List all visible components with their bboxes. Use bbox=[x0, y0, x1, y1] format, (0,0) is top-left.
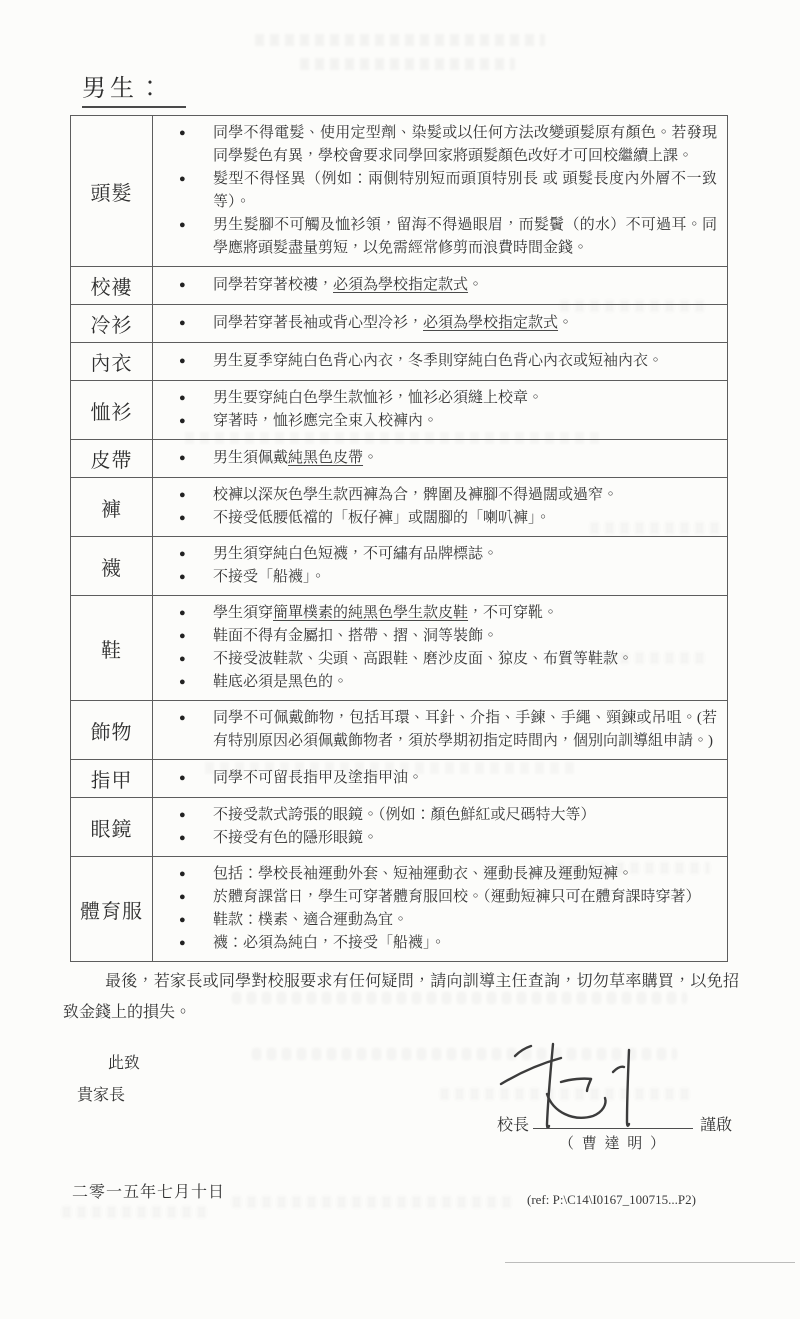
signature-role-label: 校長 bbox=[497, 1112, 529, 1135]
rule-text: 同學不可留長指甲及塗指甲油。 bbox=[213, 770, 423, 786]
category-label: 眼鏡 bbox=[71, 798, 153, 857]
table-row: 眼鏡●不接受款式誇張的眼鏡。（例如：顏色鮮紅或尺碼特大等）●不接受有色的隱形眼鏡… bbox=[71, 798, 728, 857]
bleed-through-artifact bbox=[255, 34, 545, 46]
rule-text: 學生須穿簡單樸素的純黑色學生款皮鞋，不可穿靴。 bbox=[213, 605, 558, 621]
rule-item: ●同學不可佩戴飾物，包括耳環、耳針、介指、手鍊、手繩、頸鍊或吊咀。(若有特別原因… bbox=[153, 707, 717, 753]
category-label: 褲 bbox=[71, 478, 153, 537]
bullet-icon: ● bbox=[179, 122, 186, 145]
table-row: 冷衫●同學若穿著長袖或背心型冷衫，必須為學校指定款式。 bbox=[71, 305, 728, 343]
bleed-through-artifact bbox=[232, 1196, 517, 1208]
rule-item: ●校褲以深灰色學生款西褲為合，髀圍及褲腳不得過闊或過窄。 bbox=[153, 484, 717, 507]
rule-item: ●於體育課當日，學生可穿著體育服回校。（運動短褲只可在體育課時穿著） bbox=[153, 886, 717, 909]
rule-item: ●男生夏季穿純白色背心內衣，冬季則穿純白色背心內衣或短袖內衣。 bbox=[153, 350, 717, 373]
rule-text: 於體育課當日，學生可穿著體育服回校。（運動短褲只可在體育課時穿著） bbox=[213, 889, 701, 905]
rule-cell: ●包括：學校長袖運動外套、短袖運動衣、運動長褲及運動短褲。●於體育課當日，學生可… bbox=[153, 857, 728, 962]
table-row: 襪●男生須穿純白色短襪，不可繡有品牌標誌。●不接受「船襪」。 bbox=[71, 537, 728, 596]
bullet-icon: ● bbox=[179, 863, 186, 886]
category-label: 鞋 bbox=[71, 596, 153, 701]
rule-text: 鞋款：樸素、適合運動為宜。 bbox=[213, 912, 408, 928]
bullet-icon: ● bbox=[179, 387, 186, 410]
rule-item: ●鞋底必須是黑色的。 bbox=[153, 671, 717, 694]
bullet-icon: ● bbox=[179, 602, 186, 625]
bullet-icon: ● bbox=[179, 350, 186, 373]
rule-cell: ●男生夏季穿純白色背心內衣，冬季則穿純白色背心內衣或短袖內衣。 bbox=[153, 343, 728, 381]
rule-cell: ●男生須穿純白色短襪，不可繡有品牌標誌。●不接受「船襪」。 bbox=[153, 537, 728, 596]
rule-cell: ●同學不得電髮、使用定型劑、染髮或以任何方法改變頭髮原有顏色。若發現同學髮色有異… bbox=[153, 116, 728, 267]
rule-item: ●同學若穿著長袖或背心型冷衫，必須為學校指定款式。 bbox=[153, 312, 717, 335]
rule-text: 校褲以深灰色學生款西褲為合，髀圍及褲腳不得過闊或過窄。 bbox=[213, 487, 618, 503]
bullet-icon: ● bbox=[179, 274, 186, 297]
bleed-through-artifact bbox=[300, 58, 515, 70]
scanned-document-page: 男生： 頭髮●同學不得電髮、使用定型劑、染髮或以任何方法改變頭髮原有顏色。若發現… bbox=[0, 0, 800, 1319]
rule-item: ●男生須穿純白色短襪，不可繡有品牌標誌。 bbox=[153, 543, 717, 566]
rule-item: ●鞋款：樸素、適合運動為宜。 bbox=[153, 909, 717, 932]
rule-cell: ●同學若穿著長袖或背心型冷衫，必須為學校指定款式。 bbox=[153, 305, 728, 343]
rule-item: ●同學不得電髮、使用定型劑、染髮或以任何方法改變頭髮原有顏色。若發現同學髮色有異… bbox=[153, 122, 717, 168]
table-row: 指甲●同學不可留長指甲及塗指甲油。 bbox=[71, 760, 728, 798]
rule-text: 不接受低腰低襠的「板仔褲」或闊腳的「喇叭褲」。 bbox=[213, 510, 551, 526]
rule-item: ●男生須佩戴純黑色皮帶。 bbox=[153, 447, 717, 470]
rule-text: 襪：必須為純白，不接受「船襪」。 bbox=[213, 935, 446, 951]
rule-item: ●不接受波鞋款、尖頭、高跟鞋、磨沙皮面、猄皮、布質等鞋款。 bbox=[153, 648, 717, 671]
table-row: 體育服●包括：學校長袖運動外套、短袖運動衣、運動長褲及運動短褲。●於體育課當日，… bbox=[71, 857, 728, 962]
rule-item: ●男生要穿純白色學生款恤衫，恤衫必須縫上校章。 bbox=[153, 387, 717, 410]
bullet-icon: ● bbox=[179, 507, 186, 530]
category-label: 皮帶 bbox=[71, 440, 153, 478]
rule-text: 鞋底必須是黑色的。 bbox=[213, 674, 348, 690]
bullet-icon: ● bbox=[179, 909, 186, 932]
category-label: 頭髮 bbox=[71, 116, 153, 267]
bullet-icon: ● bbox=[179, 543, 186, 566]
bullet-icon: ● bbox=[179, 886, 186, 909]
table-row: 內衣●男生夏季穿純白色背心內衣，冬季則穿純白色背心內衣或短袖內衣。 bbox=[71, 343, 728, 381]
bullet-icon: ● bbox=[179, 312, 186, 335]
table-row: 飾物●同學不可佩戴飾物，包括耳環、耳針、介指、手鍊、手繩、頸鍊或吊咀。(若有特別… bbox=[71, 701, 728, 760]
category-label: 內衣 bbox=[71, 343, 153, 381]
rule-text: 髮型不得怪異（例如：兩側特別短而頭頂特別長 或 頭髮長度內外層不一致等）。 bbox=[213, 171, 717, 210]
signature-line bbox=[533, 1128, 693, 1129]
rule-item: ●學生須穿簡單樸素的純黑色學生款皮鞋，不可穿靴。 bbox=[153, 602, 717, 625]
bullet-icon: ● bbox=[179, 671, 186, 694]
category-label: 指甲 bbox=[71, 760, 153, 798]
table-row: 皮帶●男生須佩戴純黑色皮帶。 bbox=[71, 440, 728, 478]
category-label: 飾物 bbox=[71, 701, 153, 760]
rule-text: 同學若穿著長袖或背心型冷衫，必須為學校指定款式。 bbox=[213, 315, 573, 331]
table-row: 頭髮●同學不得電髮、使用定型劑、染髮或以任何方法改變頭髮原有顏色。若發現同學髮色… bbox=[71, 116, 728, 267]
bullet-icon: ● bbox=[179, 767, 186, 790]
table-row: 鞋●學生須穿簡單樸素的純黑色學生款皮鞋，不可穿靴。●鞋面不得有金屬扣、搭帶、摺、… bbox=[71, 596, 728, 701]
rule-cell: ●校褲以深灰色學生款西褲為合，髀圍及褲腳不得過闊或過窄。●不接受低腰低襠的「板仔… bbox=[153, 478, 728, 537]
bullet-icon: ● bbox=[179, 625, 186, 648]
table-row: 恤衫●男生要穿純白色學生款恤衫，恤衫必須縫上校章。●穿著時，恤衫應完全束入校褲內… bbox=[71, 381, 728, 440]
bullet-icon: ● bbox=[179, 484, 186, 507]
document-date: 二零一五年七月十日 bbox=[72, 1179, 225, 1202]
bullet-icon: ● bbox=[179, 932, 186, 955]
rule-item: ●鞋面不得有金屬扣、搭帶、摺、洞等裝飾。 bbox=[153, 625, 717, 648]
rule-cell: ●不接受款式誇張的眼鏡。（例如：顏色鮮紅或尺碼特大等）●不接受有色的隱形眼鏡。 bbox=[153, 798, 728, 857]
bullet-icon: ● bbox=[179, 566, 186, 589]
rule-cell: ●學生須穿簡單樸素的純黑色學生款皮鞋，不可穿靴。●鞋面不得有金屬扣、搭帶、摺、洞… bbox=[153, 596, 728, 701]
bullet-icon: ● bbox=[179, 827, 186, 850]
bleed-through-artifact bbox=[62, 1206, 212, 1218]
rule-item: ●男生髮腳不可觸及恤衫領，留海不得過眼眉，而髮鬢（的水）不可過耳。同學應將頭髮盡… bbox=[153, 214, 717, 260]
bullet-icon: ● bbox=[179, 648, 186, 671]
rule-item: ●不接受款式誇張的眼鏡。（例如：顏色鮮紅或尺碼特大等） bbox=[153, 804, 717, 827]
rule-text: 鞋面不得有金屬扣、搭帶、摺、洞等裝飾。 bbox=[213, 628, 498, 644]
bullet-icon: ● bbox=[179, 447, 186, 470]
rule-text: 不接受「船襪」。 bbox=[213, 569, 326, 585]
rule-text: 同學若穿著校褸，必須為學校指定款式。 bbox=[213, 277, 483, 293]
rule-item: ●穿著時，恤衫應完全束入校褲內。 bbox=[153, 410, 717, 433]
rule-text: 男生要穿純白色學生款恤衫，恤衫必須縫上校章。 bbox=[213, 390, 543, 406]
rule-text: 穿著時，恤衫應完全束入校褲內。 bbox=[213, 413, 438, 429]
scan-artifact-line bbox=[505, 1262, 795, 1263]
rule-text: 男生夏季穿純白色背心內衣，冬季則穿純白色背心內衣或短袖內衣。 bbox=[213, 353, 663, 369]
rule-cell: ●男生要穿純白色學生款恤衫，恤衫必須縫上校章。●穿著時，恤衫應完全束入校褲內。 bbox=[153, 381, 728, 440]
rule-text: 同學不可佩戴飾物，包括耳環、耳針、介指、手鍊、手繩、頸鍊或吊咀。(若有特別原因必… bbox=[213, 710, 717, 749]
bullet-icon: ● bbox=[179, 707, 186, 730]
category-label: 體育服 bbox=[71, 857, 153, 962]
signature-closing-label: 謹啟 bbox=[700, 1112, 732, 1135]
rule-item: ●不接受低腰低襠的「板仔褲」或闊腳的「喇叭褲」。 bbox=[153, 507, 717, 530]
rule-item: ●髮型不得怪異（例如：兩側特別短而頭頂特別長 或 頭髮長度內外層不一致等）。 bbox=[153, 168, 717, 214]
rule-cell: ●男生須佩戴純黑色皮帶。 bbox=[153, 440, 728, 478]
category-label: 校褸 bbox=[71, 267, 153, 305]
rule-item: ●襪：必須為純白，不接受「船襪」。 bbox=[153, 932, 717, 955]
category-label: 恤衫 bbox=[71, 381, 153, 440]
rule-text: 不接受有色的隱形眼鏡。 bbox=[213, 830, 378, 846]
rule-item: ●同學若穿著校褸，必須為學校指定款式。 bbox=[153, 274, 717, 297]
underlined-text: 純黑色皮帶 bbox=[288, 450, 363, 466]
rule-cell: ●同學不可留長指甲及塗指甲油。 bbox=[153, 760, 728, 798]
rule-text: 男生須穿純白色短襪，不可繡有品牌標誌。 bbox=[213, 546, 498, 562]
rule-text: 包括：學校長袖運動外套、短袖運動衣、運動長褲及運動短褲。 bbox=[213, 866, 633, 882]
underlined-text: 必須為學校指定款式 bbox=[423, 315, 558, 331]
rule-text: 同學不得電髮、使用定型劑、染髮或以任何方法改變頭髮原有顏色。若發現同學髮色有異，… bbox=[213, 125, 717, 164]
table-row: 校褸●同學若穿著校褸，必須為學校指定款式。 bbox=[71, 267, 728, 305]
rule-text: 男生須佩戴純黑色皮帶。 bbox=[213, 450, 378, 466]
rule-text: 不接受款式誇張的眼鏡。（例如：顏色鮮紅或尺碼特大等） bbox=[213, 807, 596, 823]
category-label: 襪 bbox=[71, 537, 153, 596]
table-row: 褲●校褲以深灰色學生款西褲為合，髀圍及褲腳不得過闊或過窄。●不接受低腰低襠的「板… bbox=[71, 478, 728, 537]
category-label: 冷衫 bbox=[71, 305, 153, 343]
bullet-icon: ● bbox=[179, 214, 186, 237]
bullet-icon: ● bbox=[179, 804, 186, 827]
rule-item: ●不接受有色的隱形眼鏡。 bbox=[153, 827, 717, 850]
rule-text: 男生髮腳不可觸及恤衫領，留海不得過眼眉，而髮鬢（的水）不可過耳。同學應將頭髮盡量… bbox=[213, 217, 717, 256]
page-title: 男生： bbox=[82, 68, 186, 108]
rule-text: 不接受波鞋款、尖頭、高跟鞋、磨沙皮面、猄皮、布質等鞋款。 bbox=[213, 651, 633, 667]
principal-name: （ 曹 達 明 ） bbox=[533, 1132, 693, 1153]
rules-table-body: 頭髮●同學不得電髮、使用定型劑、染髮或以任何方法改變頭髮原有顏色。若發現同學髮色… bbox=[71, 116, 728, 962]
rule-item: ●不接受「船襪」。 bbox=[153, 566, 717, 589]
rule-cell: ●同學不可佩戴飾物，包括耳環、耳針、介指、手鍊、手繩、頸鍊或吊咀。(若有特別原因… bbox=[153, 701, 728, 760]
bullet-icon: ● bbox=[179, 168, 186, 191]
closing-paragraph: 最後，若家長或同學對校服要求有任何疑問，請向訓導主任查詢，切勿草率購買，以免招致… bbox=[63, 966, 739, 1028]
bullet-icon: ● bbox=[179, 410, 186, 433]
rule-item: ●同學不可留長指甲及塗指甲油。 bbox=[153, 767, 717, 790]
rule-item: ●包括：學校長袖運動外套、短袖運動衣、運動長褲及運動短褲。 bbox=[153, 863, 717, 886]
underlined-text: 簡單樸素的純黑色學生款皮鞋 bbox=[273, 605, 468, 621]
reference-code: (ref: P:\C14\I0167_100715...P2) bbox=[527, 1192, 696, 1208]
rule-cell: ●同學若穿著校褸，必須為學校指定款式。 bbox=[153, 267, 728, 305]
dress-code-table: 頭髮●同學不得電髮、使用定型劑、染髮或以任何方法改變頭髮原有顏色。若發現同學髮色… bbox=[70, 115, 728, 962]
underlined-text: 必須為學校指定款式 bbox=[333, 277, 468, 293]
